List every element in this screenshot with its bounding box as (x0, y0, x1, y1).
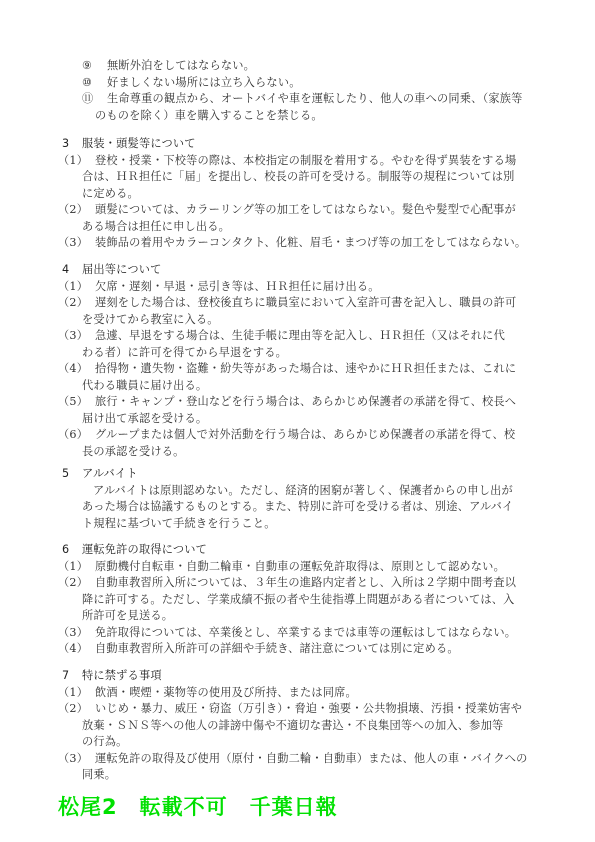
item-text: 原動機付自転車・自動二輪車・自動車の運転免許取得は、原則として認めない。 (95, 559, 505, 576)
item-number: （4） (58, 361, 88, 378)
item-text: 欠席・遅刻・早退・忌引き等は、ＨＲ担任に届け出る。 (95, 279, 380, 296)
item-number: （2） (58, 701, 88, 718)
item-number: （1） (58, 685, 88, 702)
item-text: 頭髪については、カラーリング等の加工をしてはならない。髪色や髪型で心配事が (95, 202, 516, 219)
item-number: （5） (58, 394, 88, 411)
item-text: 遅刻をした場合は、登校後直ちに職員室において入室許可書を記入し、職員の許可 (95, 295, 516, 312)
item-text: のものを除く）車を購入することを禁じる。 (95, 108, 323, 125)
item-number: （6） (58, 427, 88, 444)
item-text: 登校・授業・下校等の際は、本校指定の制服を着用する。やむを得ず異装をする場 (95, 153, 516, 170)
item-number: （3） (58, 751, 88, 768)
section-title: 運転免許の取得について (82, 542, 207, 559)
item-text: 好ましくない場所には立ち入らない。 (107, 75, 301, 92)
paragraph-text: アルバイトは原則認めない。ただし、経済的困窮が著しく、保護者からの申し出が (93, 483, 513, 500)
footer-watermark: 松尾2 転載不可 千葉日報 (58, 791, 338, 821)
circled-item-number: ⑪ (82, 91, 93, 108)
paragraph-text: あった場合は協議するものとする。また、特別に許可を受ける者は、別途、アルバイ (82, 499, 513, 516)
item-text: に定める。 (82, 186, 139, 203)
item-number: （4） (58, 641, 88, 658)
circled-item-number: ⑩ (82, 75, 92, 92)
item-number: （2） (58, 295, 88, 312)
item-text: ある場合は担任に申し出る。 (82, 219, 230, 236)
item-text: 自動車教習所入所許可の詳細や手続き、諸注意については別に定める。 (95, 641, 459, 658)
item-text: 合は、ＨＲ担任に「届」を提出し、校長の許可を受ける。制服等の規程については別 (82, 169, 515, 186)
item-text: 急遽、早退をする場合は、生徒手帳に理由等を記入し、ＨＲ担任（又はそれに代 (95, 328, 505, 345)
section-number: 5 (62, 466, 69, 483)
item-text: 旅行・キャンプ・登山などを行う場合は、あらかじめ保護者の承諾を得て、校長へ (95, 394, 516, 411)
item-number: （3） (58, 625, 88, 642)
item-number: （1） (58, 153, 88, 170)
item-number: （1） (58, 279, 88, 296)
item-text: いじめ・暴力、威圧・窃盗（万引き）・脅迫・強要・公共物損壊、汚損・授業妨害や (95, 701, 522, 718)
item-text: を受けてから教室に入る。 (82, 312, 219, 329)
item-text: 所許可を見送る。 (82, 608, 173, 625)
item-text: 放棄・ＳＮＳ等への他人の誹謗中傷や不適切な書込・不良集団等への加入、参加等 (82, 718, 503, 735)
item-number: （3） (58, 328, 88, 345)
item-text: 飲酒・喫煙・薬物等の使用及び所持、または同席。 (95, 685, 357, 702)
item-text: 降に許可する。ただし、学業成績不振の者や生徒指導上問題がある者については、入 (82, 592, 515, 609)
item-text: わる者）に許可を得てから早退をする。 (82, 345, 287, 362)
item-text: 同乗。 (82, 767, 116, 784)
document-page: ⑨無断外泊をしてはならない。⑩好ましくない場所には立ち入らない。⑪生命尊重の観点… (0, 0, 595, 842)
item-text: の行為。 (82, 734, 128, 751)
circled-item-number: ⑨ (82, 58, 92, 75)
item-text: 運転免許の取得及び使用（原付・自動二輪・自動車）または、他人の車・バイクへの (95, 751, 528, 768)
item-text: 代わる職員に届け出る。 (82, 378, 207, 395)
item-number: （3） (58, 235, 88, 252)
section-number: 3 (62, 136, 69, 153)
section-title: アルバイト (82, 466, 138, 483)
item-number: （2） (58, 202, 88, 219)
section-number: 6 (62, 542, 69, 559)
item-text: グループまたは個人で対外活動を行う場合は、あらかじめ保護者の承諾を得て、校 (95, 427, 515, 444)
paragraph-text: ト規程に基づいて手続きを行うこと。 (82, 516, 276, 533)
item-text: 無断外泊をしてはならない。 (107, 58, 255, 75)
section-number: 7 (62, 668, 69, 685)
section-title: 服装・頭髪等について (82, 136, 196, 153)
item-text: 長の承認を受ける。 (82, 444, 185, 461)
section-title: 特に禁ずる事項 (82, 668, 162, 685)
item-text: 免許取得については、卒業後とし、卒業するまでは車等の運転はしてはならない。 (95, 625, 516, 642)
item-text: 拾得物・遺失物・盗難・紛失等があった場合は、速やかにＨＲ担任または、これに (95, 361, 516, 378)
item-text: 生命尊重の観点から、オートバイや車を運転したり、他人の車への同乗、（家族等 (107, 91, 523, 108)
item-number: （2） (58, 575, 88, 592)
item-number: （1） (58, 559, 88, 576)
item-text: 届け出て承認を受ける。 (82, 411, 207, 428)
item-text: 装飾品の着用やカラーコンタクト、化粧、眉毛・まつげ等の加工をしてはならない。 (95, 235, 526, 252)
item-text: 自動車教習所入所については、３年生の進路内定者とし、入所は２学期中間考査以 (95, 575, 516, 592)
section-title: 届出等について (82, 262, 162, 279)
section-number: 4 (62, 262, 69, 279)
